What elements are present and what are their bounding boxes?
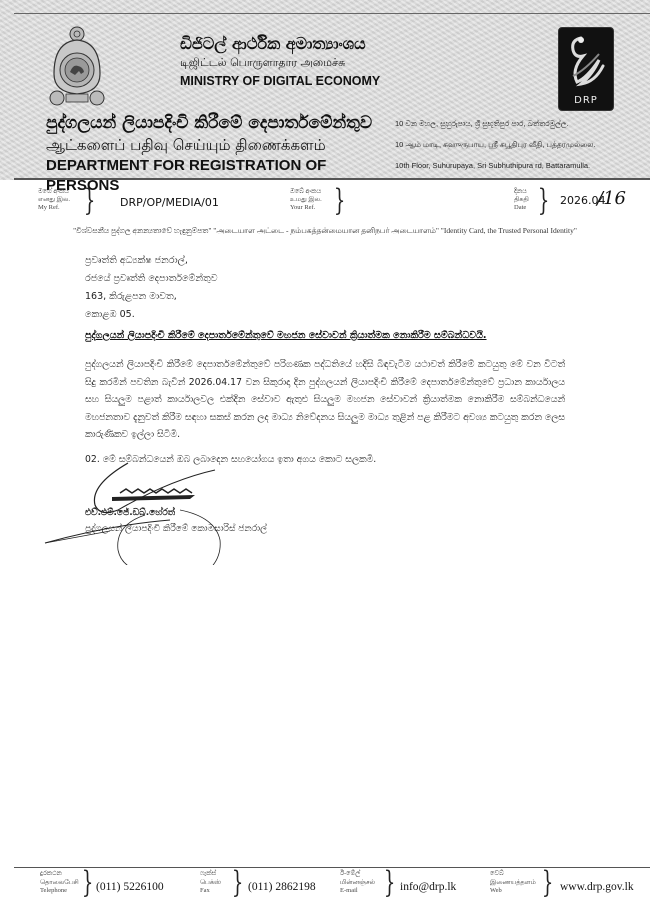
recipient-line: ප්‍රවෘත්ති අධ්‍යක්ෂ ජනරාල්, — [85, 252, 218, 270]
department-name-sinhala: පුද්ගලයන් ලියාපදිංචි කිරීමේ දෙපාර්තමේන්ත… — [46, 112, 386, 134]
telephone-label-english: Telephone — [40, 887, 79, 896]
handwritten-date-day: /16 — [597, 188, 626, 209]
sri-lanka-emblem-icon — [46, 24, 108, 110]
email-label: ඊ-මේල් மின்னஞ்சல் E-mail — [340, 870, 375, 896]
address-english: 10th Floor, Suhurupaya, Sri Subhuthipura… — [395, 155, 650, 176]
date-label-tamil: திகதி — [514, 196, 529, 204]
brace-icon: } — [334, 186, 345, 216]
brace-icon: } — [232, 868, 243, 898]
address-sinhala: 10 වන මහල, සුහුරුපාය, ශ්‍රී සුභූතිපුර පා… — [395, 113, 650, 134]
tagline: "විශ්වසනීය පුද්ගල අනන්‍යතාවේ හැඳුනුම්පත"… — [0, 226, 650, 236]
date-label: දිනය திகதி Date — [514, 188, 529, 212]
signer-block: එච්.එම්.ජේ.ඩබ්.හේරත් පුද්ගලයන් ලියාපදිංච… — [85, 505, 267, 537]
telephone-label: දුරකථන தொலைபேசி Telephone — [40, 870, 79, 896]
letterhead-bottom-rule — [14, 178, 650, 180]
my-ref-label-sinhala: මගේ අංකය — [38, 188, 70, 196]
recipient-address: ප්‍රවෘත්ති අධ්‍යක්ෂ ජනරාල්, රජයේ ප්‍රවෘත… — [85, 252, 218, 324]
swan-logo-icon: DRP — [558, 27, 614, 111]
ministry-name-english: MINISTRY OF DIGITAL ECONOMY — [180, 72, 480, 90]
email-label-tamil: மின்னஞ்சல் — [340, 879, 375, 888]
ministry-name-tamil: டிஜிட்டல் பொருளாதார அமைச்சு — [180, 54, 480, 72]
my-ref-label: මගේ අංකය எனது இல. My Ref. — [38, 188, 70, 212]
web-label-english: Web — [490, 887, 536, 896]
recipient-line: රජයේ ප්‍රවෘත්ති දෙපාර්තමේන්තුව — [85, 270, 218, 288]
address-tamil: 10 ஆம் மாடி, சுஹுருபாய, ஸ்ரீ சுபூதிபுர வ… — [395, 134, 650, 155]
letter-subject: පුද්ගලයන් ලියාපදිංචි කිරීමේ දෙපාර්තමේන්ත… — [85, 330, 487, 341]
brace-icon: } — [542, 868, 553, 898]
your-ref-label-english: Your Ref. — [290, 204, 322, 212]
recipient-line: කොළඹ 05. — [85, 306, 218, 324]
logo-text: DRP — [559, 95, 613, 106]
department-address: 10 වන මහල, සුහුරුපාය, ශ්‍රී සුභූතිපුර පා… — [395, 113, 650, 176]
your-ref-label-sinhala: ඔබේ අංකය — [290, 188, 322, 196]
ministry-name: ඩිජිටල් ආර්ථික අමාත්‍යාංශය டிஜிட்டல் பொர… — [180, 34, 480, 90]
reference-block: මගේ අංකය எனது இல. My Ref. } DRP/OP/MEDIA… — [0, 186, 650, 218]
my-ref-label-tamil: எனது இல. — [38, 196, 70, 204]
your-ref-label: ඔබේ අංකය உமது இல. Your Ref. — [290, 188, 322, 212]
web-label: වෙබ් இணையத்தளம் Web — [490, 870, 536, 896]
fax-label-sinhala: ෆැක්ස් — [200, 870, 221, 879]
department-name-tamil: ஆட்களைப் பதிவு செய்யும் திணைக்களம் — [46, 134, 386, 156]
my-ref-label-english: My Ref. — [38, 204, 70, 212]
brace-icon: } — [538, 186, 549, 216]
brace-icon: } — [384, 868, 395, 898]
footer-contacts: දුරකථන தொலைபேசி Telephone } (011) 522610… — [0, 870, 650, 910]
your-ref-label-tamil: உமது இல. — [290, 196, 322, 204]
letterhead-top-rule — [14, 13, 650, 14]
letter-body: පුද්ගලයන් ලියාපදිංචි කිරීමේ දෙපාර්තමේන්ත… — [85, 356, 565, 444]
email-label-sinhala: ඊ-මේල් — [340, 870, 375, 879]
telephone-label-sinhala: දුරකථන — [40, 870, 79, 879]
web-value[interactable]: www.drp.gov.lk — [560, 881, 634, 893]
telephone-label-tamil: தொலைபேசி — [40, 879, 79, 888]
fax-label: ෆැක්ස් பெக்ஸ் Fax — [200, 870, 221, 896]
recipient-line: 163, කිරුළපන මාවත, — [85, 288, 218, 306]
footer-rule — [14, 867, 650, 868]
swan-graphic — [559, 28, 613, 94]
brace-icon: } — [84, 186, 95, 216]
web-label-tamil: இணையத்தளம் — [490, 879, 536, 888]
fax-label-tamil: பெக்ஸ் — [200, 879, 221, 888]
telephone-value: (011) 5226100 — [96, 881, 164, 893]
date-label-sinhala: දිනය — [514, 188, 529, 196]
ministry-name-sinhala: ඩිජිටල් ආර්ථික අමාත්‍යාංශය — [180, 34, 480, 54]
handwritten-day: 16 — [603, 188, 626, 209]
fax-label-english: Fax — [200, 887, 221, 896]
web-label-sinhala: වෙබ් — [490, 870, 536, 879]
signer-title: පුද්ගලයන් ලියාපදිංචි කිරීමේ කොමසාරිස් ජන… — [85, 521, 267, 537]
brace-icon: } — [82, 868, 93, 898]
email-label-english: E-mail — [340, 887, 375, 896]
fax-value: (011) 2862198 — [248, 881, 316, 893]
letterhead: ඩිජිටල් ආර්ථික අමාත්‍යාංශය டிஜிட்டல் பொர… — [0, 0, 650, 180]
signer-name: එච්.එම්.ජේ.ඩබ්.හේරත් — [85, 505, 267, 521]
my-ref-value: DRP/OP/MEDIA/01 — [120, 196, 219, 209]
date-label-english: Date — [514, 204, 529, 212]
email-value[interactable]: info@drp.lk — [400, 881, 456, 893]
